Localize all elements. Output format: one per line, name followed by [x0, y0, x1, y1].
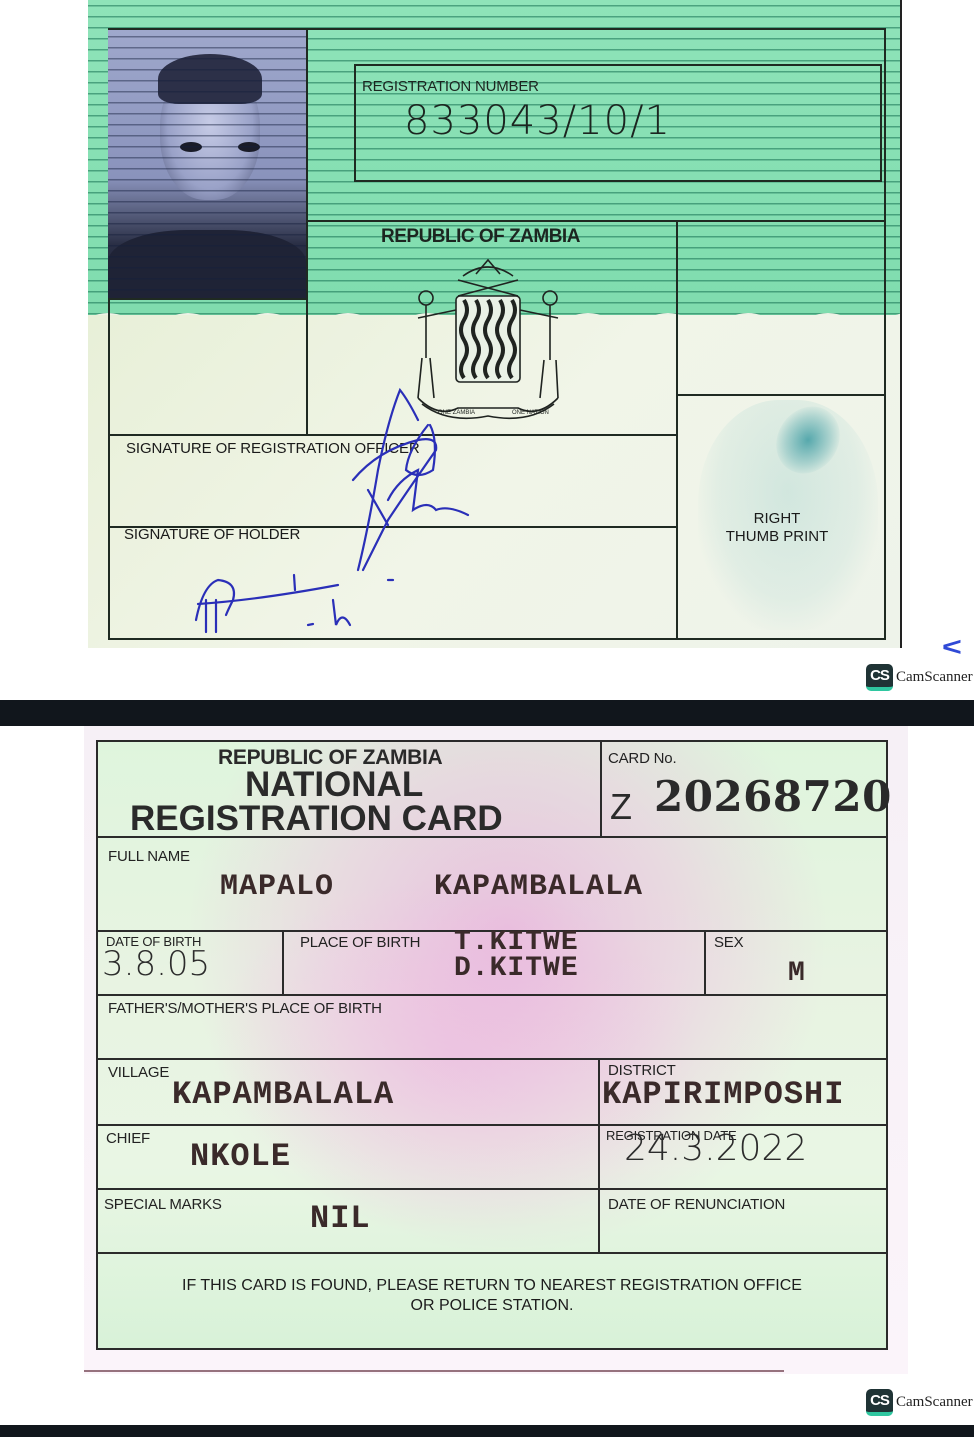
row-divider: [98, 994, 886, 996]
camscanner-text: CamScanner: [896, 669, 973, 686]
place-of-birth-district: D.KITWE: [454, 956, 579, 982]
scan-page-2: REPUBLIC OF ZAMBIA NATIONAL REGISTRATION…: [0, 726, 974, 1426]
officer-signature-icon: [358, 390, 418, 570]
first-name-value: MAPALO: [220, 870, 334, 904]
sex-value: M: [788, 958, 806, 989]
col-divider: [600, 742, 602, 838]
row-divider: [98, 1124, 886, 1126]
chief-value: NKOLE: [190, 1138, 291, 1175]
full-name-label: FULL NAME: [108, 848, 190, 865]
sex-label: SEX: [714, 934, 743, 951]
row-divider: [98, 1252, 886, 1254]
camscanner-logo-icon: CS: [866, 1389, 893, 1416]
row-divider: [98, 1058, 886, 1060]
district-value: KAPIRIMPOSHI: [602, 1076, 844, 1113]
scan-page-1: REGISTRATION NUMBER 833043/10/1 REPUBLIC…: [0, 0, 974, 700]
camscanner-logo-icon: CS: [866, 664, 893, 691]
return-instructions-line2: OR POLICE STATION.: [98, 1296, 886, 1316]
special-marks-label: SPECIAL MARKS: [104, 1196, 222, 1213]
row-divider: [98, 1188, 886, 1190]
camscanner-watermark: CS CamScanner: [866, 1389, 973, 1416]
col-divider: [598, 1058, 600, 1254]
card-edge-shadow: [84, 1370, 784, 1372]
card-no-value: 20268720: [654, 772, 892, 821]
special-marks-value: NIL: [310, 1200, 371, 1237]
surname-value: KAPAMBALALA: [434, 870, 643, 904]
chief-label: CHIEF: [106, 1130, 150, 1147]
card-title-line2: REGISTRATION CARD: [130, 800, 503, 838]
page-divider: [0, 1425, 974, 1437]
card-no-label: CARD No.: [608, 750, 676, 767]
camscanner-text: CamScanner: [896, 1394, 973, 1411]
return-instructions: IF THIS CARD IS FOUND, PLEASE RETURN TO …: [98, 1276, 886, 1316]
parents-place-of-birth-label: FATHER'S/MOTHER'S PLACE OF BIRTH: [108, 1000, 382, 1017]
card-no-prefix: Z: [610, 786, 632, 828]
return-instructions-line1: IF THIS CARD IS FOUND, PLEASE RETURN TO …: [98, 1276, 886, 1296]
village-value: KAPAMBALALA: [172, 1076, 394, 1113]
village-label: VILLAGE: [108, 1064, 169, 1081]
registration-date-value: 24.3.2022: [624, 1128, 807, 1169]
nrc-front-form: REPUBLIC OF ZAMBIA NATIONAL REGISTRATION…: [96, 740, 888, 1350]
place-of-birth-label: PLACE OF BIRTH: [300, 934, 420, 951]
dob-value: 3.8.05: [102, 944, 210, 984]
page-divider: [0, 700, 974, 726]
nrc-back-card: REGISTRATION NUMBER 833043/10/1 REPUBLIC…: [88, 0, 902, 648]
renunciation-label: DATE OF RENUNCIATION: [608, 1196, 785, 1213]
side-arrow-mark: <: [942, 633, 962, 662]
col-divider: [282, 930, 284, 996]
nrc-front-card: REPUBLIC OF ZAMBIA NATIONAL REGISTRATION…: [84, 726, 908, 1374]
camscanner-watermark: CS CamScanner: [866, 664, 973, 691]
handwritten-signatures: [88, 0, 902, 648]
col-divider: [704, 930, 706, 996]
